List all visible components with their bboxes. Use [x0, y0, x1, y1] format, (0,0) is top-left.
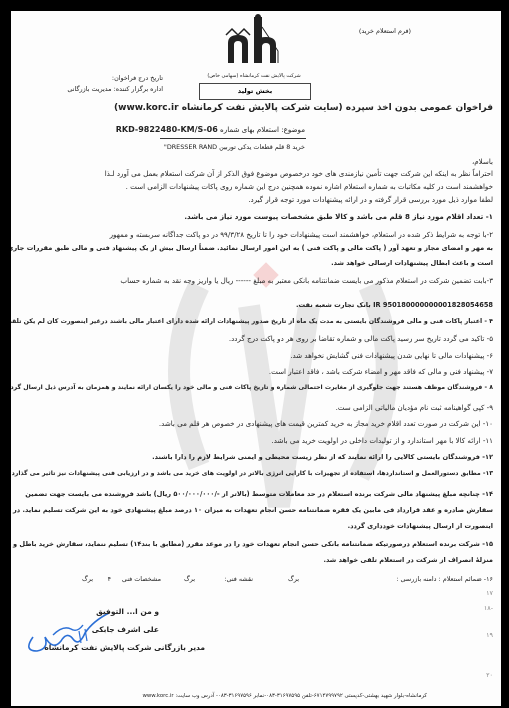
clause-2: است و باعث ابطال پیشنهادات ارسالی خواهد … [331, 259, 493, 267]
document-page: شرکت پالایش نفت کرمانشاه (سهامی خاص) بخش… [11, 11, 501, 706]
clause-9: ۹- کپی گواهینامه ثبت نام مؤدیان مالیاتی … [336, 403, 493, 412]
subtitle: خرید 8 قلم قطعات یدکی توربین DRESSER RAN… [164, 143, 305, 151]
signature-closing: و من ا... التوفیق [96, 607, 159, 616]
clause-12: ۱۲- فروشندگان بایستی کالایی را ارائه نما… [152, 453, 493, 461]
clause-14: سفارش صادره و عقد قرارداد فی مابین یک فق… [11, 506, 493, 514]
clause-8: ۸ - فروشندگان موظف هستند جهت جلوگیری از … [11, 384, 493, 391]
spec-label: مشخصات فنی [122, 575, 161, 583]
clause-3: IR 950180000000001828054658 بانک تجارت ش… [296, 301, 493, 309]
clause-1: ۱- تعداد اقلام مورد نیاز 8 قلم می باشد و… [184, 212, 493, 221]
margin-mark: ۲۰ [486, 671, 493, 679]
subject-label: موضوع: استعلام بهای شماره RKD-9822480-KM… [116, 125, 305, 134]
subject-number: RKD-9822480-KM/S-06 [116, 125, 218, 134]
subject-prefix: موضوع: استعلام بهای شماره [220, 125, 305, 134]
clause-5: ۵- تاکید می گردد تاریخ سر رسید پاکت مالی… [229, 334, 493, 343]
clause-14: اینصورت از ارسال پیشنهادات خودداری گردد. [348, 522, 493, 530]
clause-7: ۷- پیشنهاد فنی و مالی که فاقد مهر و امضا… [269, 367, 493, 376]
inspection-unit: برگ [288, 575, 299, 583]
clause-15: ۱۵- شرکت برنده استعلام درصورتیکه ضمانتنا… [11, 540, 493, 548]
spec-unit: برگ [82, 575, 93, 583]
clause-15: منزلهٔ انصراف از شرکت در استعلام تلقی خو… [323, 556, 493, 564]
clause-10: ۱۰- این شرکت در صورت تعدد اقلام خرید مجا… [159, 419, 493, 428]
clause-13: ۱۳- مطابق دستورالعمل و استانداردها، استف… [11, 470, 493, 477]
watermark-icon [139, 246, 429, 546]
clause-14: ۱۴- چنانچه مبلغ پیشنهاد مالی شرکت برنده … [25, 490, 493, 498]
page-title: فراخوان عمومی بدون اخذ سپرده (سایت شرکت … [114, 103, 493, 113]
footer-address: کرمانشاه-بلوار شهید بهشتی-کدپستی ۶۷۱۴۷۹۹… [142, 693, 427, 699]
classification-box: بخش توليد [199, 83, 311, 100]
margin-mark: ۱۷ [486, 589, 493, 597]
margin-mark: -۱۸ [484, 604, 493, 612]
clause-2: به مهر و امضای مجاز و تعهد آور ( پاکت ما… [11, 244, 493, 252]
spec-count: ۴ [108, 575, 111, 583]
signatory-name: علی اشرف جابکی [92, 625, 159, 634]
form-label: (فرم استعلام خرید) [359, 27, 411, 35]
intro-line: لطفا موارد ذیل مورد بررسی قرار گرفته و د… [248, 195, 493, 204]
clause-11: ۱۱- ارائه کالا با مهر استاندارد و از تول… [272, 436, 494, 445]
clause-2: ۲-با توجه به شرایط ذکر شده در استعلام، خ… [110, 230, 493, 239]
clause-3: ۳-بابت تضمین شرکت در استعلام مذکور می با… [120, 276, 493, 285]
intro-line: احتراماً نظر به اینکه این شرکت جهت تأمین… [105, 169, 493, 178]
signatory-position: مدیر بازرگانی شرکت پالایش نفت کرمانشاه [44, 643, 205, 652]
company-name-small: شرکت پالایش نفت کرمانشاه (سهامی خاص) [199, 73, 309, 79]
subject-underline [160, 138, 306, 139]
greeting: باسلام، [472, 157, 493, 166]
clause-6: ۶- پیشنهادات مالی تا نهایی شدن پیشنهادات… [290, 351, 493, 360]
organizer-label: اداره برگزار کننده: مدیریت بازرگانی [67, 85, 163, 93]
margin-mark: ۱۹ [486, 631, 493, 639]
company-logo-icon [222, 13, 286, 71]
drawing-label: نقشه فنی: [224, 575, 253, 583]
clause-4: ۴ - اعتبار پاکات فنی و مالی فروشندگان با… [11, 318, 493, 325]
intro-line: خواهشمند است در کلیه مکاتبات به شماره اس… [126, 182, 493, 191]
attachments-label: ۱۶- ضمائم استعلام : دامنه بازرسی : [396, 575, 493, 583]
announce-date-label: تاریخ درج فراخوان: [112, 74, 163, 82]
drawing-unit: برگ [184, 575, 195, 583]
